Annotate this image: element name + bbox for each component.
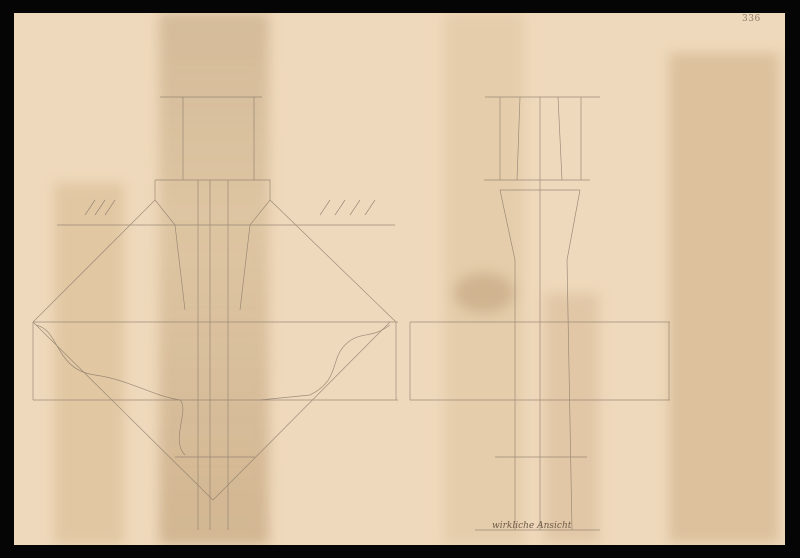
pencil-drawing [0, 0, 800, 558]
right-elevation [410, 97, 670, 530]
inscription: wirkliche Ansicht [492, 521, 571, 531]
left-elevation [33, 97, 398, 530]
folio-number: 336 [742, 14, 761, 24]
